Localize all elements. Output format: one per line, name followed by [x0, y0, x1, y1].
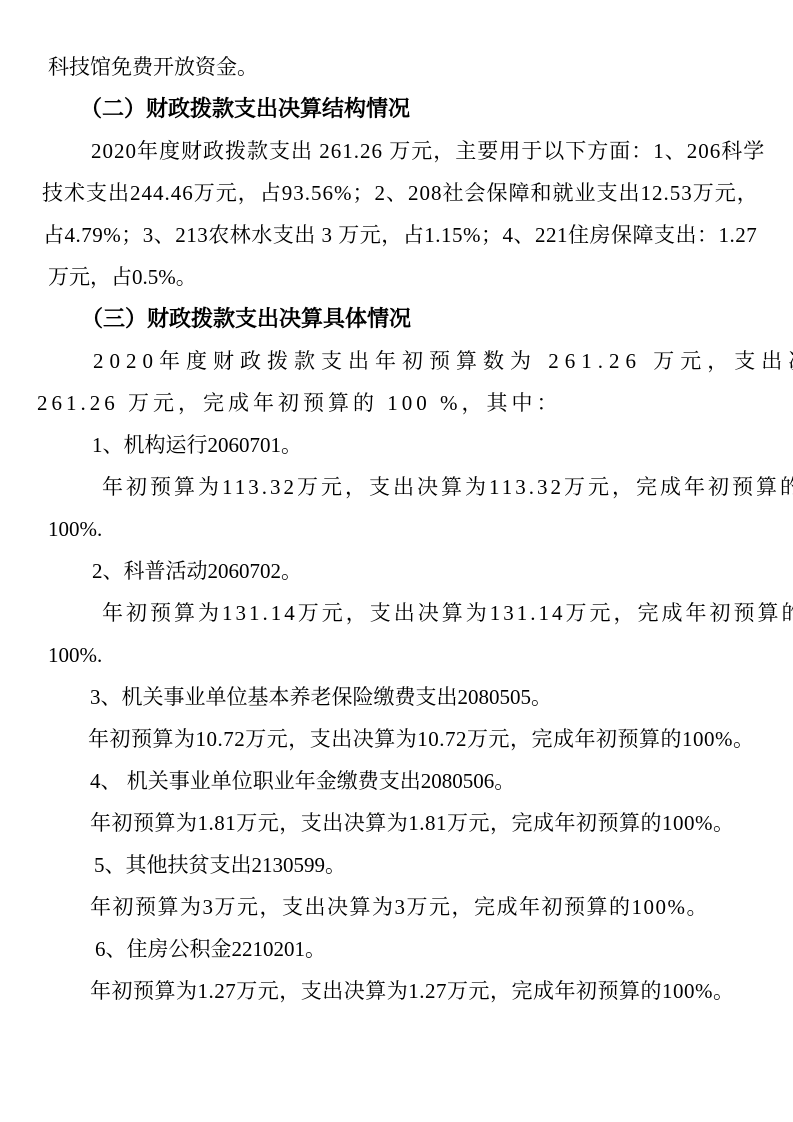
- item-2-title: 2、科普活动2060702。: [92, 550, 793, 592]
- item-6-title: 6、住房公积金2210201。: [95, 928, 793, 970]
- section-heading-2: （二）财政拨款支出决算结构情况: [80, 88, 793, 130]
- item-5-detail: 年初预算为3万元，支出决算为3万元，完成年初预算的100%。: [90, 886, 793, 928]
- item-2-detail-line-1: 年初预算为131.14万元，支出决算为131.14万元，完成年初预算的: [102, 592, 793, 634]
- para2-line-2: 技术支出244.46万元，占93.56%；2、208社会保障和就业支出12.53…: [42, 172, 793, 214]
- item-1-title: 1、机构运行2060701。: [92, 424, 793, 466]
- para2-line-1: 2020年度财政拨款支出 261.26 万元，主要用于以下方面：1、206科学: [91, 130, 793, 172]
- para2-line-4: 万元，占0.5%。: [48, 256, 793, 298]
- item-3-title: 3、机关事业单位基本养老保险缴费支出2080505。: [90, 676, 793, 718]
- section-heading-3: （三）财政拨款支出决算具体情况: [81, 298, 793, 340]
- para3-line-2: 261.26 万元，完成年初预算的 100 %，其中：: [37, 382, 793, 424]
- item-3-detail: 年初预算为10.72万元，支出决算为10.72万元，完成年初预算的100%。: [88, 718, 793, 760]
- para2-line-3: 占4.79%；3、213农林水支出 3 万元，占1.15%；4、221住房保障支…: [43, 214, 793, 256]
- item-1-detail-line-1: 年初预算为113.32万元，支出决算为113.32万元，完成年初预算的: [102, 466, 793, 508]
- item-1-detail-line-2: 100%.: [48, 508, 793, 550]
- document-page: 科技馆免费开放资金。 （二）财政拨款支出决算结构情况 2020年度财政拨款支出 …: [0, 0, 793, 1122]
- item-6-detail: 年初预算为1.27万元，支出决算为1.27万元，完成年初预算的100%。: [90, 970, 793, 1012]
- paragraph-intro-tail: 科技馆免费开放资金。: [48, 46, 793, 88]
- item-4-title: 4、 机关事业单位职业年金缴费支出2080506。: [90, 760, 793, 802]
- item-4-detail: 年初预算为1.81万元，支出决算为1.81万元，完成年初预算的100%。: [90, 802, 793, 844]
- item-2-detail-line-2: 100%.: [48, 634, 793, 676]
- para3-line-1: 2020年度财政拨款支出年初预算数为 261.26 万元，支出决算数为: [93, 340, 793, 382]
- item-5-title: 5、其他扶贫支出2130599。: [94, 844, 793, 886]
